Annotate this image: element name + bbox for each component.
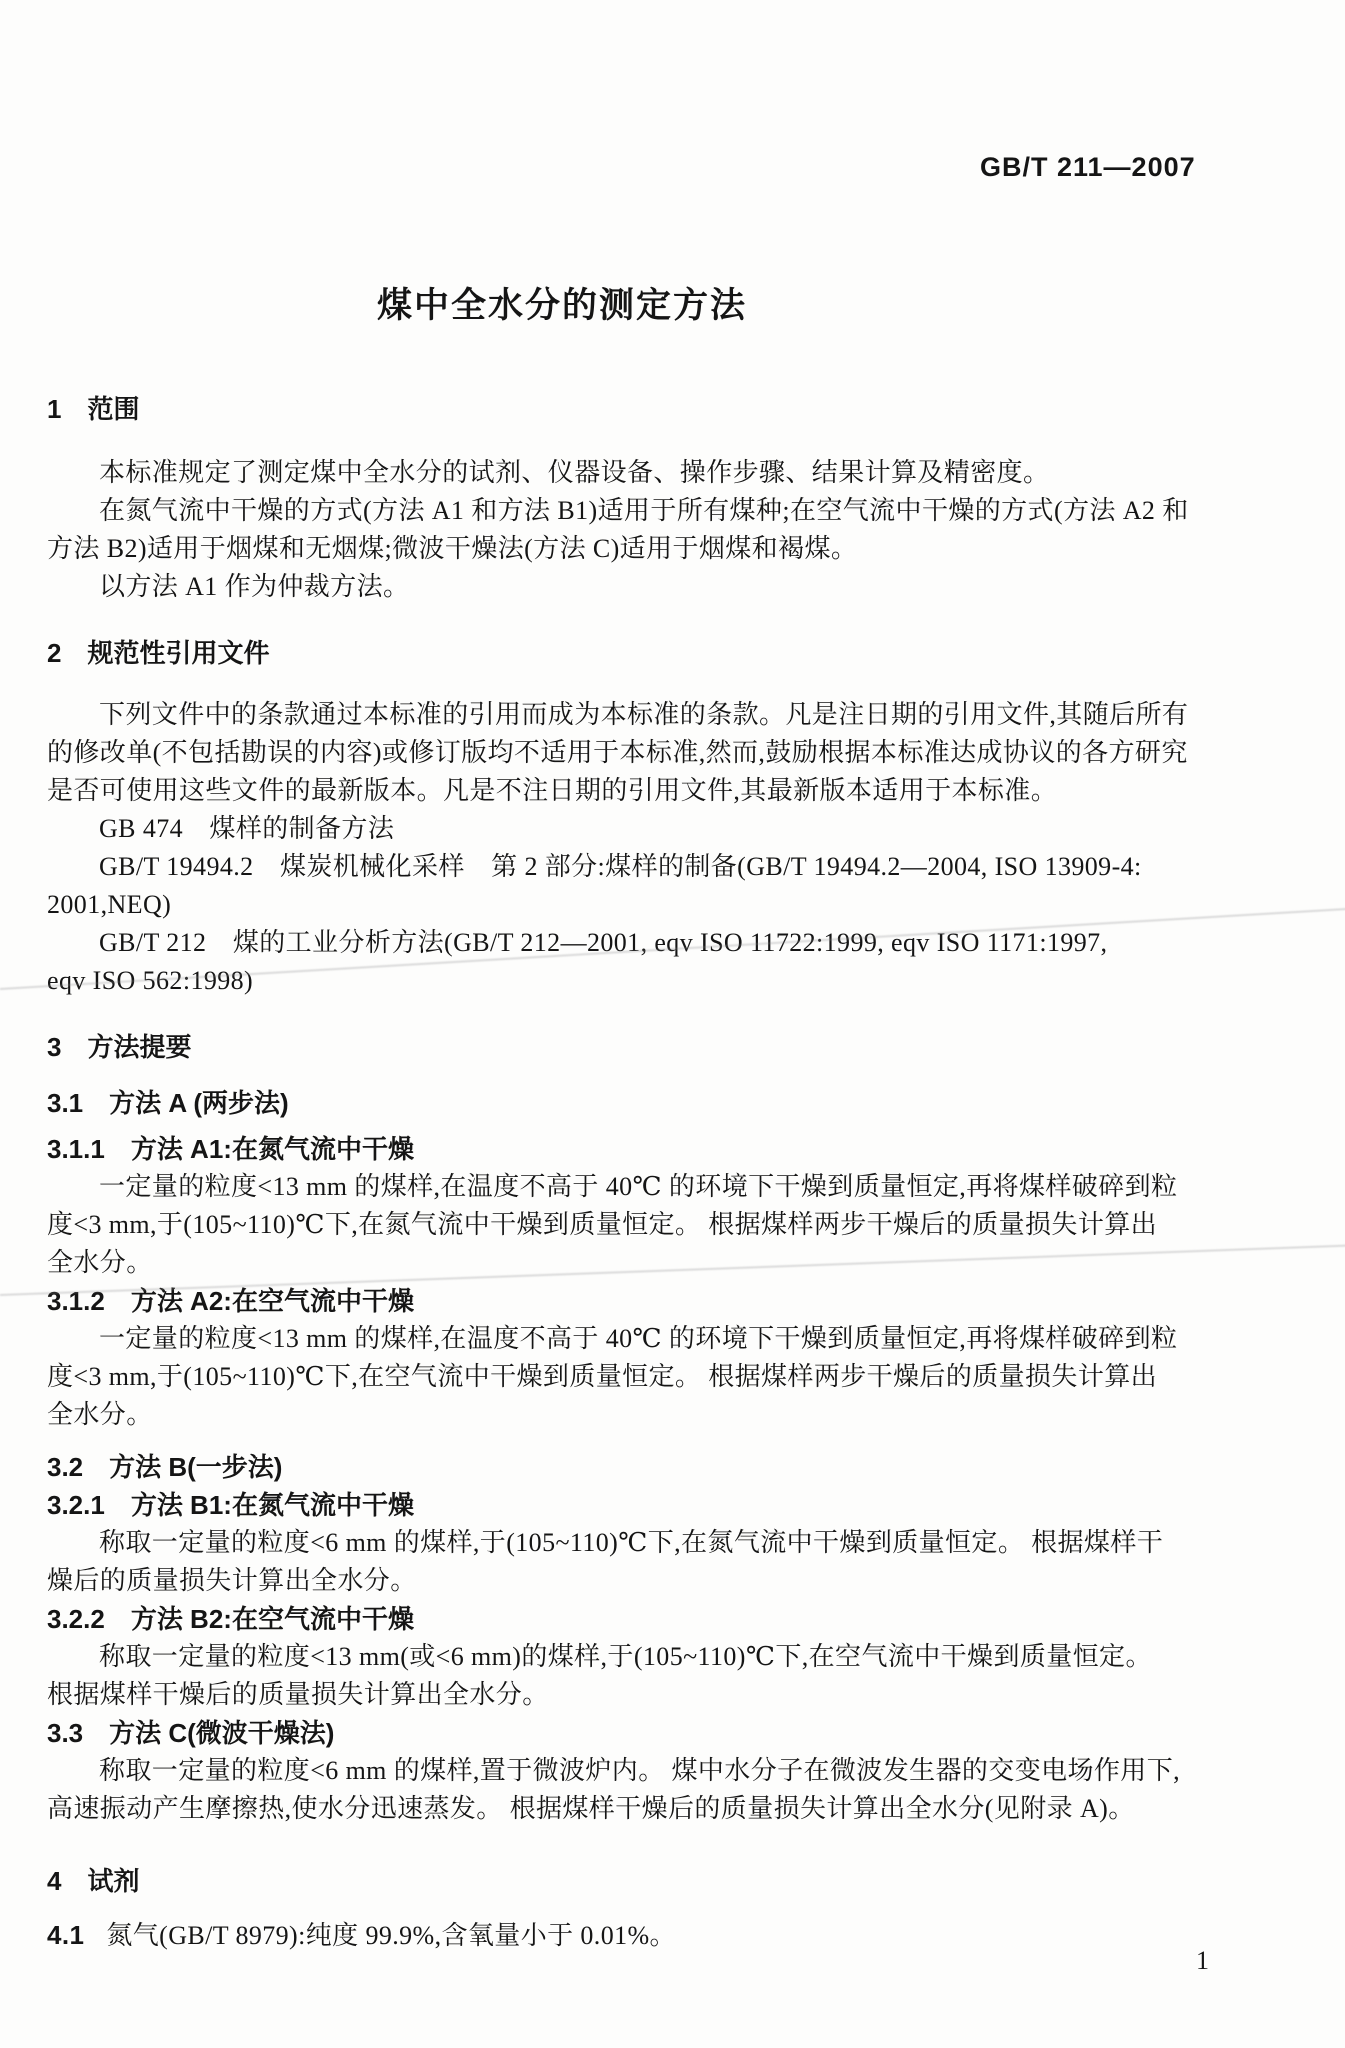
- body-line: 燥后的质量损失计算出全水分。: [47, 1562, 1297, 1600]
- body-line: 一定量的粒度<13 mm 的煤样,在温度不高于 40℃ 的环境下干燥到质量恒定,…: [47, 1168, 1297, 1206]
- body-line: 是否可使用这些文件的最新版本。凡是不注日期的引用文件,其最新版本适用于本标准。: [47, 772, 1297, 810]
- page-number: 1: [1196, 1946, 1209, 1976]
- body-line: 方法 B2)适用于烟煤和无烟煤;微波干燥法(方法 C)适用于烟煤和褐煤。: [47, 530, 1297, 568]
- reference-line: eqv ISO 562:1998): [47, 962, 1297, 1000]
- body-line: 以方法 A1 作为仲裁方法。: [47, 568, 1297, 606]
- clause-line: 4.1氮气(GB/T 8979):纯度 99.9%,含氧量小于 0.01%。: [47, 1916, 1297, 1954]
- clause-text: 氮气(GB/T 8979):纯度 99.9%,含氧量小于 0.01%。: [106, 1921, 676, 1950]
- section-heading-scope: 1 范围: [47, 390, 1297, 428]
- subsection-heading-method-b: 3.2 方法 B(一步法): [47, 1448, 1297, 1486]
- subsection-heading-method-b1: 3.2.1 方法 B1:在氮气流中干燥: [47, 1486, 1297, 1524]
- clause-number: 4.1: [47, 1920, 84, 1950]
- body-line: 高速振动产生摩擦热,使水分迅速蒸发。 根据煤样干燥后的质量损失计算出全水分(见附…: [47, 1790, 1297, 1828]
- body-line: 全水分。: [47, 1244, 1297, 1282]
- body-line: 称取一定量的粒度<6 mm 的煤样,于(105~110)℃下,在氮气流中干燥到质…: [47, 1524, 1297, 1562]
- document-page: GB/T 211—2007 煤中全水分的测定方法 1 范围 本标准规定了测定煤中…: [0, 0, 1345, 2048]
- reference-line: GB/T 212 煤的工业分析方法(GB/T 212—2001, eqv ISO…: [47, 924, 1297, 962]
- section-heading-normative-references: 2 规范性引用文件: [47, 634, 1297, 672]
- body-line: 全水分。: [47, 1396, 1297, 1434]
- subsection-heading-method-a1: 3.1.1 方法 A1:在氮气流中干燥: [47, 1130, 1297, 1168]
- reference-line: 2001,NEQ): [47, 886, 1297, 924]
- body-line: 根据煤样干燥后的质量损失计算出全水分。: [47, 1676, 1297, 1714]
- reference-line: GB 474 煤样的制备方法: [47, 810, 1297, 848]
- reference-line: GB/T 19494.2 煤炭机械化采样 第 2 部分:煤样的制备(GB/T 1…: [47, 848, 1297, 886]
- document-title: 煤中全水分的测定方法: [47, 278, 1077, 328]
- body-line: 称取一定量的粒度<6 mm 的煤样,置于微波炉内。 煤中水分子在微波发生器的交变…: [47, 1752, 1297, 1790]
- body-line: 本标准规定了测定煤中全水分的试剂、仪器设备、操作步骤、结果计算及精密度。: [47, 454, 1297, 492]
- body-line: 的修改单(不包括勘误的内容)或修订版均不适用于本标准,然而,鼓励根据本标准达成协…: [47, 734, 1297, 772]
- body-line: 下列文件中的条款通过本标准的引用而成为本标准的条款。凡是注日期的引用文件,其随后…: [47, 696, 1297, 734]
- body-line: 一定量的粒度<13 mm 的煤样,在温度不高于 40℃ 的环境下干燥到质量恒定,…: [47, 1320, 1297, 1358]
- subsection-heading-method-b2: 3.2.2 方法 B2:在空气流中干燥: [47, 1600, 1297, 1638]
- subsection-heading-method-a: 3.1 方法 A (两步法): [47, 1084, 1297, 1122]
- section-heading-reagents: 4 试剂: [47, 1862, 1297, 1900]
- document-body: 1 范围 本标准规定了测定煤中全水分的试剂、仪器设备、操作步骤、结果计算及精密度…: [47, 390, 1297, 1954]
- subsection-heading-method-c: 3.3 方法 C(微波干燥法): [47, 1714, 1297, 1752]
- standard-code: GB/T 211—2007: [980, 152, 1196, 183]
- body-line: 度<3 mm,于(105~110)℃下,在空气流中干燥到质量恒定。 根据煤样两步…: [47, 1358, 1297, 1396]
- subsection-heading-method-a2: 3.1.2 方法 A2:在空气流中干燥: [47, 1282, 1297, 1320]
- body-line: 在氮气流中干燥的方式(方法 A1 和方法 B1)适用于所有煤种;在空气流中干燥的…: [47, 492, 1297, 530]
- body-line: 度<3 mm,于(105~110)℃下,在氮气流中干燥到质量恒定。 根据煤样两步…: [47, 1206, 1297, 1244]
- body-line: 称取一定量的粒度<13 mm(或<6 mm)的煤样,于(105~110)℃下,在…: [47, 1638, 1297, 1676]
- section-heading-method-summary: 3 方法提要: [47, 1028, 1297, 1066]
